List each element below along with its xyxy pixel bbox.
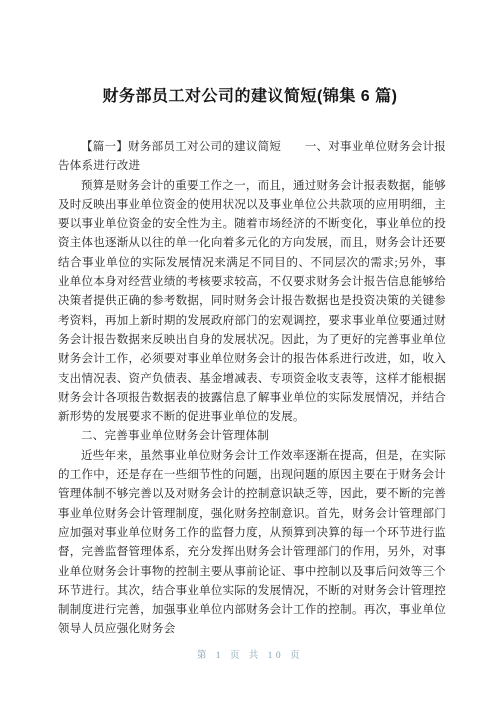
document-body: 【篇一】财务部员工对公司的建议简短 一、对事业单位财务会计报告体系进行改进 预算… (58, 138, 446, 640)
document-page: 财务部员工对公司的建议简短(锦集 6 篇) 【篇一】财务部员工对公司的建议简短 … (0, 0, 500, 707)
page-number-footer: 第 1 页 共 10 页 (0, 647, 500, 661)
paragraph: 近些年来，虽然事业单位财务会计工作效率逐渐在提高，但是，在实际的工作中，还是存在… (58, 447, 446, 640)
paragraph: 二、完善事业单位财务会计管理体制 (58, 427, 446, 446)
paragraph: 预算是财务会计的重要工作之一，而且，通过财务会计报表数据，能够及时反映出事业单位… (58, 177, 446, 428)
paragraph: 【篇一】财务部员工对公司的建议简短 一、对事业单位财务会计报告体系进行改进 (58, 138, 446, 177)
document-title: 财务部员工对公司的建议简短(锦集 6 篇) (0, 83, 500, 106)
